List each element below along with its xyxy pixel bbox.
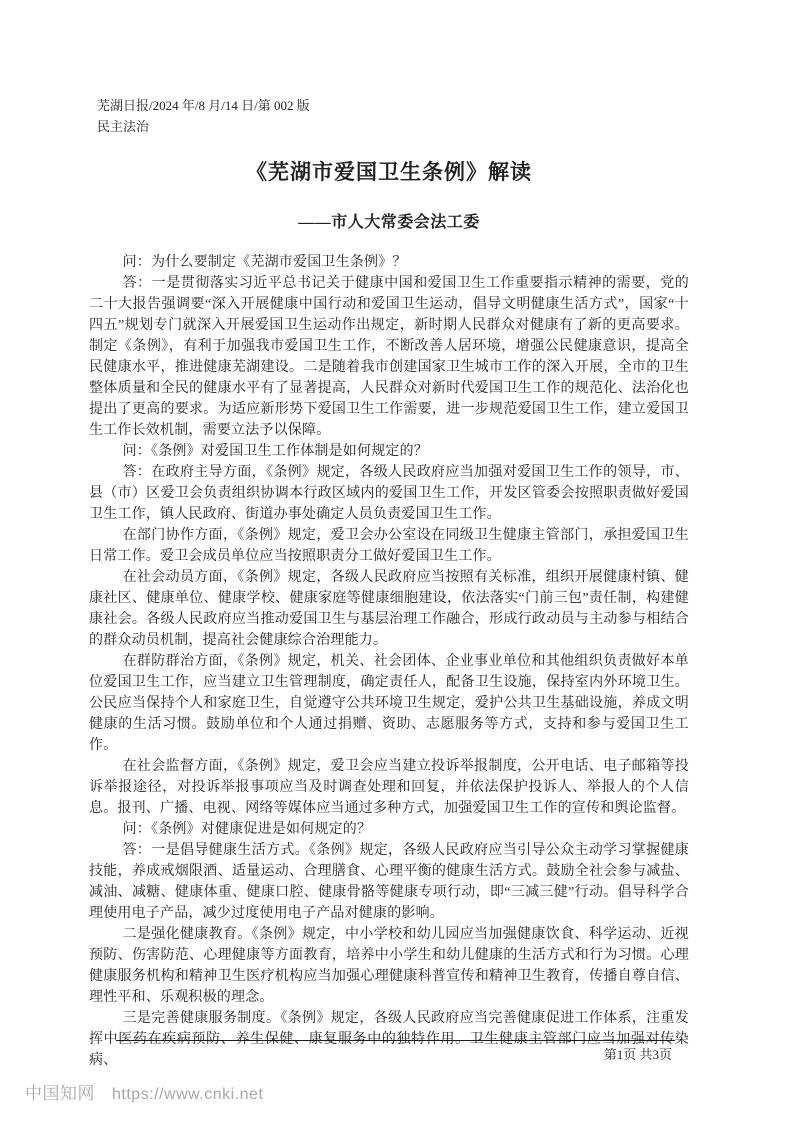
paragraph: 在社会动员方面，《条例》规定，各级人民政府应当按照有关标准，组织开展健康村镇、健… — [89, 567, 689, 651]
paragraph: 在部门协作方面，《条例》规定，爱卫会办公室设在同级卫生健康主管部门，承担爱国卫生… — [89, 525, 689, 567]
paragraph: 答：在政府主导方面，《条例》规定，各级人民政府应当加强对爱国卫生工作的领导，市、… — [89, 462, 689, 525]
cnki-watermark: 中国知网 https://www.cnki.net — [25, 1079, 263, 1104]
cnki-url-label: https://www.cnki.net — [112, 1086, 263, 1104]
paragraph: 答：一是贯彻落实习近平总书记关于健康中国和爱国卫生工作重要指示精神的需要，党的二… — [89, 273, 689, 441]
paragraph: 问：《条例》对健康促进是如何规定的？ — [89, 819, 689, 840]
article-body: 问：为什么要制定《芜湖市爱国卫生条例》？答：一是贯彻落实习近平总书记关于健康中国… — [89, 252, 689, 1071]
paragraph: 问：《条例》对爱国卫生工作体制是如何规定的？ — [89, 441, 689, 462]
footer-divider — [116, 1040, 675, 1041]
paragraph: 问：为什么要制定《芜湖市爱国卫生条例》？ — [89, 252, 689, 273]
paragraph: 二是强化健康教育。《条例》规定，中小学校和幼儿园应当加强健康饮食、科学运动、近视… — [89, 924, 689, 1008]
paragraph: 在社会监督方面，《条例》规定，爱卫会应当建立投诉举报制度，公开电话、电子邮箱等投… — [89, 756, 689, 819]
document-header: 芜湖日报/2024 年/8 月/14 日/第 002 版 民主法治 — [97, 95, 697, 137]
paragraph: 答：一是倡导健康生活方式。《条例》规定，各级人民政府应当引导公众主动学习掌握健康… — [89, 840, 689, 924]
article-title: 《芜湖市爱国卫生条例》解读 — [89, 156, 689, 186]
page-number: 第1页 共3页 — [116, 1044, 672, 1063]
source-line: 芜湖日报/2024 年/8 月/14 日/第 002 版 — [97, 95, 697, 116]
paragraph: 在群防群治方面，《条例》规定，机关、社会团体、企业事业单位和其他组织负责做好本单… — [89, 651, 689, 756]
article-subtitle: ——市人大常委会法工委 — [89, 209, 689, 232]
document-page: 芜湖日报/2024 年/8 月/14 日/第 002 版 民主法治 《芜湖市爱国… — [0, 0, 794, 1123]
section-line: 民主法治 — [97, 116, 697, 137]
cnki-brand-label: 中国知网 — [25, 1079, 95, 1104]
